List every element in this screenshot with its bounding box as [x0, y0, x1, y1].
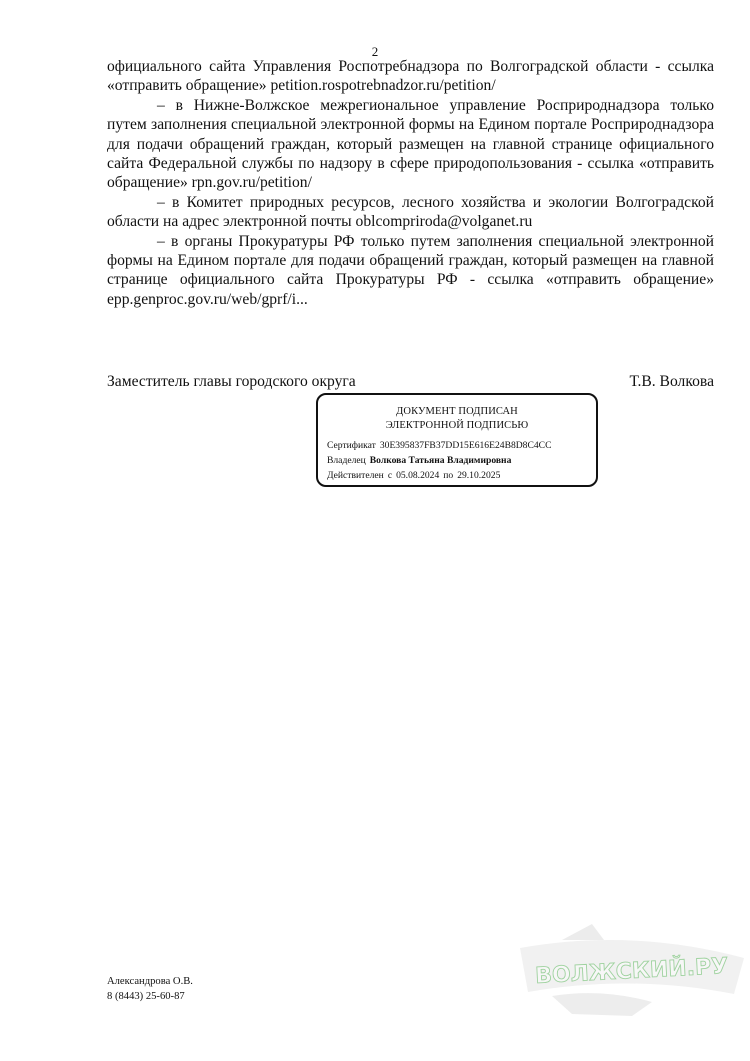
signatory-position: Заместитель главы городского округа [107, 373, 356, 391]
paragraph: – в Нижне-Волжское межрегиональное управ… [107, 96, 714, 193]
signatory-name: Т.В. Волкова [630, 373, 715, 391]
paragraph: – в Комитет природных ресурсов, лесного … [107, 193, 714, 232]
owner-value: Волкова Татьяна Владимировна [370, 455, 512, 466]
certificate-label: Сертификат [327, 440, 376, 451]
paragraph: официального сайта Управления Роспотребн… [107, 57, 714, 96]
valid-to: 29.10.2025 [457, 470, 500, 481]
stamp-validity: Действителенс05.08.2024по29.10.2025 [327, 468, 596, 483]
executor-phone: 8 (8443) 25-60-87 [107, 989, 193, 1004]
document-body: официального сайта Управления Роспотребн… [107, 57, 714, 309]
electronic-signature-stamp: ДОКУМЕНТ ПОДПИСАН ЭЛЕКТРОННОЙ ПОДПИСЬЮ С… [316, 393, 598, 487]
stamp-title-line-2: ЭЛЕКТРОННОЙ ПОДПИСЬЮ [327, 419, 596, 433]
stamp-certificate: Сертификат30E395837FB37DD15E616E24B8D8C4… [327, 438, 596, 453]
executor-info: Александрова О.В. 8 (8443) 25-60-87 [107, 974, 193, 1004]
valid-to-label: по [443, 470, 453, 481]
stamp-title-line-1: ДОКУМЕНТ ПОДПИСАН [327, 405, 596, 419]
executor-name: Александрова О.В. [107, 974, 193, 989]
valid-label: Действителен [327, 470, 384, 481]
stamp-owner: ВладелецВолкова Татьяна Владимировна [327, 453, 596, 468]
signature-row: Заместитель главы городского округа Т.В.… [107, 373, 714, 391]
paragraph: – в органы Прокуратуры РФ только путем з… [107, 232, 714, 310]
valid-from-label: с [388, 470, 392, 481]
owner-label: Владелец [327, 455, 366, 466]
watermark-logo: ВОЛЖСКИЙ.РУ [512, 918, 748, 1018]
certificate-value: 30E395837FB37DD15E616E24B8D8C4CC [380, 440, 552, 451]
valid-from: 05.08.2024 [396, 470, 439, 481]
